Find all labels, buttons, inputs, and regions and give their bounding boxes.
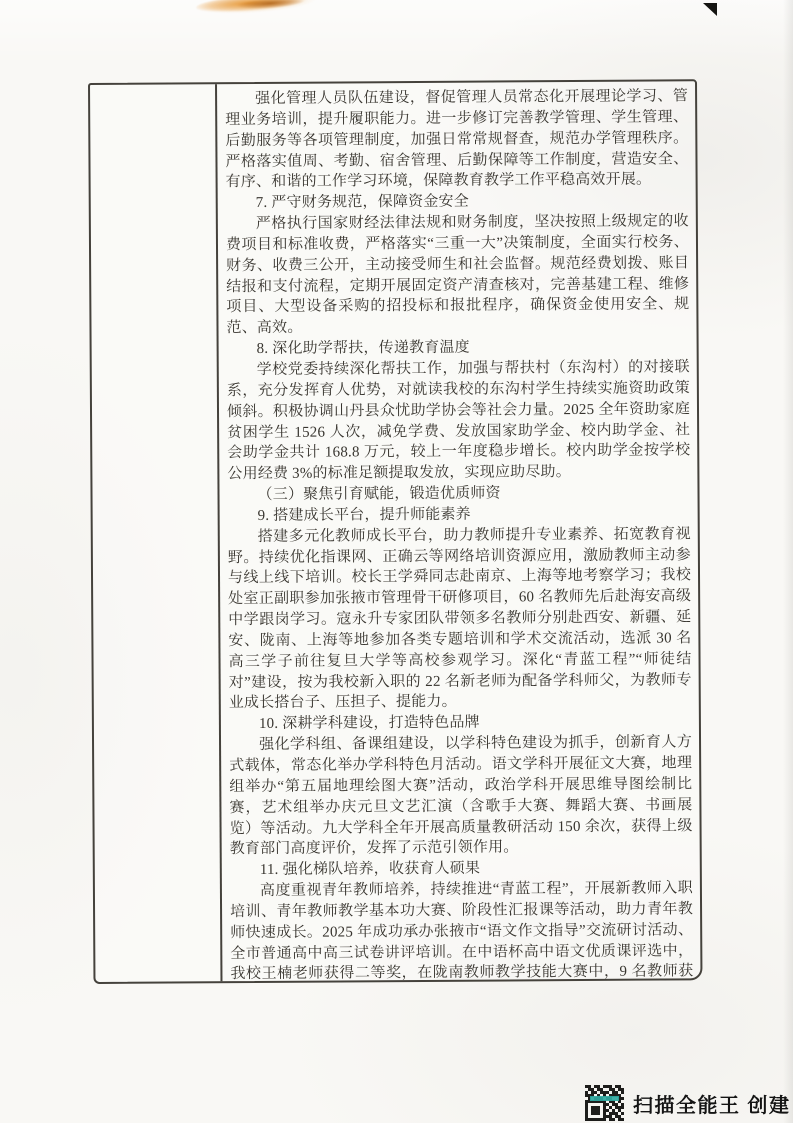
table-left-column [90, 84, 222, 982]
page-corner-fold-icon [703, 3, 717, 16]
paragraph: 搭建多元化教师成长平台，助力教师提升专业素养、拓宽教育视野。持续优化指课网、正确… [228, 524, 692, 714]
section-heading: 10. 深耕学科建设，打造特色品牌 [229, 712, 692, 736]
paragraph: 强化学科组、备课组建设，以学科特色建设为抓手，创新育人方式载体，常态化举办学科特… [229, 732, 693, 860]
paragraph: 高度重视青年教师培养，持续推进“青蓝工程”，开展新教师入职培训、青年教师教学基本… [230, 878, 694, 981]
paragraph: 学校党委持续深化帮扶工作，加强与帮扶村（东沟村）的对接联系，充分发挥育人优势，对… [227, 357, 691, 485]
document-table: 强化管理人员队伍建设，督促管理人员常态化开展理论学习、管理业务培训，提升履职能力… [88, 79, 702, 984]
camscanner-watermark: 扫描全能王 创建 [585, 1084, 791, 1122]
section-heading: 7. 严守财务规范，保障资金安全 [226, 191, 689, 215]
paragraph: 严格执行国家财经法律法规和财务制度，坚决按照上级规定的收费项目和标准收费，严格落… [226, 211, 690, 339]
scanned-page: 强化管理人员队伍建设，督促管理人员常态化开展理论学习、管理业务培训，提升履职能力… [0, 0, 793, 1123]
section-heading: 11. 强化梯队培养，收获育人硕果 [230, 858, 693, 882]
qr-code-icon [585, 1085, 624, 1121]
report-text: 强化管理人员队伍建设，督促管理人员常态化开展理论学习、管理业务培训，提升履职能力… [217, 81, 700, 981]
qr-teal-band [590, 1096, 619, 1101]
paragraph: 强化管理人员队伍建设，督促管理人员常态化开展理论学习、管理业务培训，提升履职能力… [225, 86, 689, 193]
section-heading: （三）聚焦引育赋能，锻造优质师资 [227, 482, 690, 506]
section-heading: 9. 搭建成长平台，提升师能素养 [228, 503, 691, 527]
section-heading: 8. 深化助学帮扶，传递教育温度 [227, 336, 690, 360]
watermark-text: 扫描全能王 创建 [633, 1089, 791, 1118]
scan-smudge [196, 0, 317, 16]
